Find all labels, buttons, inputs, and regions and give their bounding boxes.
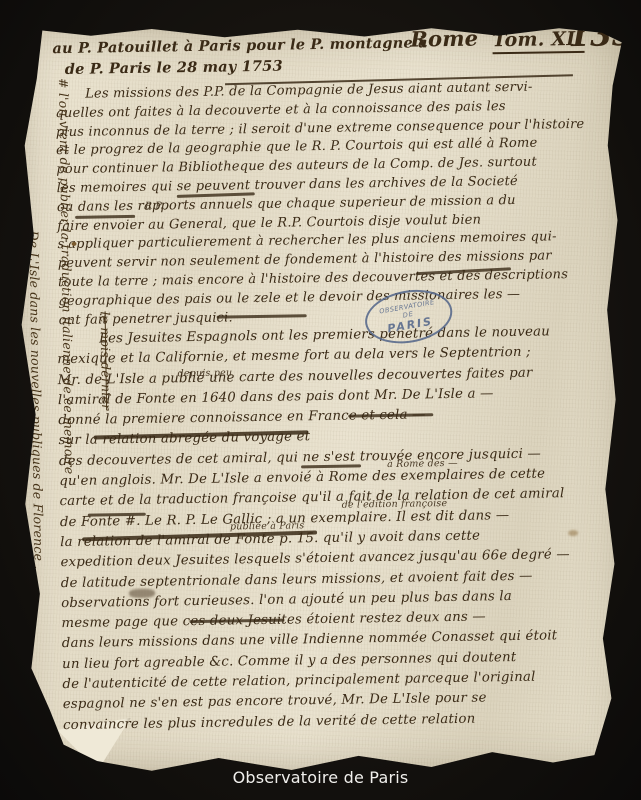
manuscript-text: au P. Patouillet à Paris pour le P. mont… [12, 21, 632, 777]
paragraph-missions: Les missions des P.P. de la Compagnie de… [55, 78, 587, 331]
dateline: de P. Paris le 28 may 1753 [65, 58, 283, 78]
interlinear-insertion: depuis peu [177, 367, 232, 379]
paragraph-jesuites: Les Jesuites Espagnols ont les premiers … [57, 322, 573, 736]
interlinear-insertion: à Rome des — [387, 458, 458, 470]
ink-smudge [129, 589, 155, 598]
archive-caption: Observatoire de Paris [0, 768, 641, 787]
manuscript-page: au P. Patouillet à Paris pour le P. mont… [18, 26, 626, 773]
stamp-text-bottom: PARIS [386, 314, 434, 335]
archive-photo: au P. Patouillet à Paris pour le P. mont… [0, 0, 641, 800]
folio-number: 133 [568, 17, 634, 54]
destination-city: Rome [410, 26, 478, 52]
ink-spot [71, 242, 76, 246]
interlinear-insertion: de l'edition françoise [342, 498, 448, 511]
margin-note-crossed: le mois dernier [98, 311, 115, 410]
interlinear-insertion: R.P. [145, 200, 164, 211]
paper-stain [568, 530, 578, 536]
address-line: au P. Patouillet à Paris pour le P. mont… [52, 34, 427, 57]
margin-note: De L'Isle dans les nouvelles publiques d… [26, 230, 46, 569]
